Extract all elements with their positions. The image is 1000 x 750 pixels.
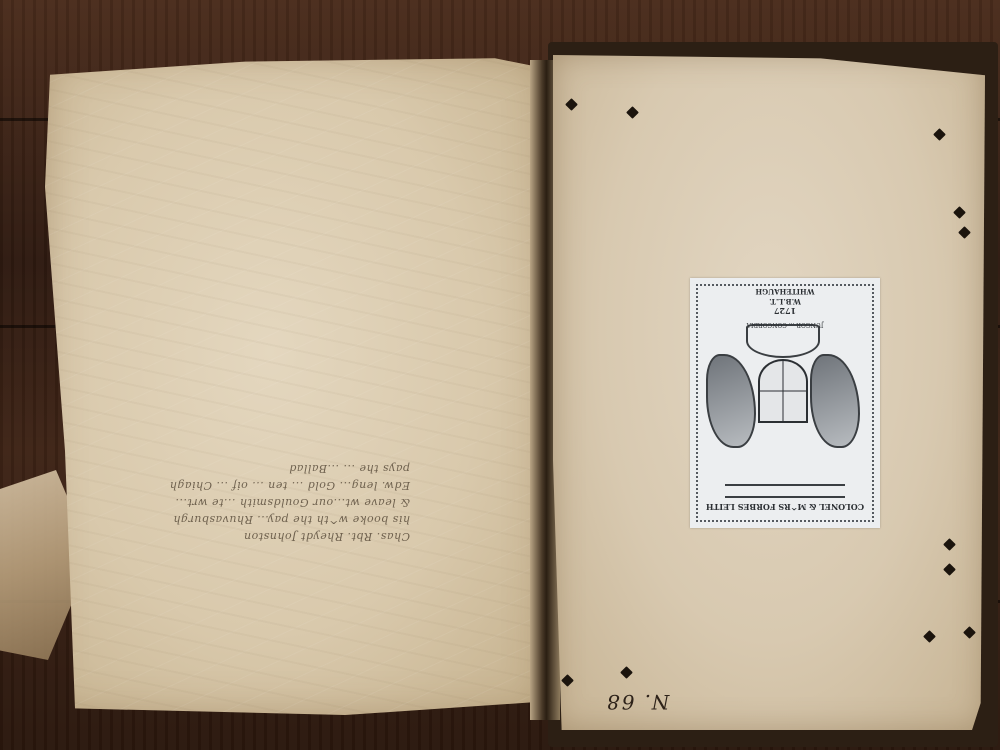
bookplate-date: 1727	[690, 306, 880, 316]
bookplate-owner: COLONEL & M^RS FORBES LEITH	[690, 502, 880, 512]
inscription-line: Chas. Rbt. Rheydt Johnston	[65, 528, 410, 545]
bookplate-content-rotated: COLONEL & M^RS FORBES LEITH JUNGOR ... C…	[690, 278, 880, 528]
bookplate-motto: JUNGOR ... CONCORDIA	[690, 321, 880, 328]
armorial-bookplate: COLONEL & M^RS FORBES LEITH JUNGOR ... C…	[690, 278, 880, 528]
handwritten-inscription: Chas. Rbt. Rheydt Johnston his booke w^t…	[65, 450, 410, 545]
bookplate-initials: W.B.L.T.	[690, 297, 880, 306]
right-supporter-icon	[706, 354, 756, 448]
inscription-line: his booke w^th the pay... Rhuvasburgh	[65, 511, 410, 528]
pencil-shelfmark: N. 68	[605, 690, 669, 714]
inscription-line: Edw. leng... Gold ... ten ... oif ... Ch…	[65, 477, 410, 494]
crest-icon	[746, 324, 820, 358]
bookplate-place: WHITEHAUGH	[690, 287, 880, 296]
flyleaf-left-page	[45, 55, 545, 715]
left-supporter-icon	[810, 354, 860, 448]
coat-of-arms-shield-icon	[758, 359, 808, 423]
inscription-line: pays the ... ...Ballad	[65, 460, 410, 477]
inscription-line: & leave wt...our Gouldsmith ...te wrt...	[65, 494, 410, 511]
motto-ribbon	[725, 484, 845, 498]
